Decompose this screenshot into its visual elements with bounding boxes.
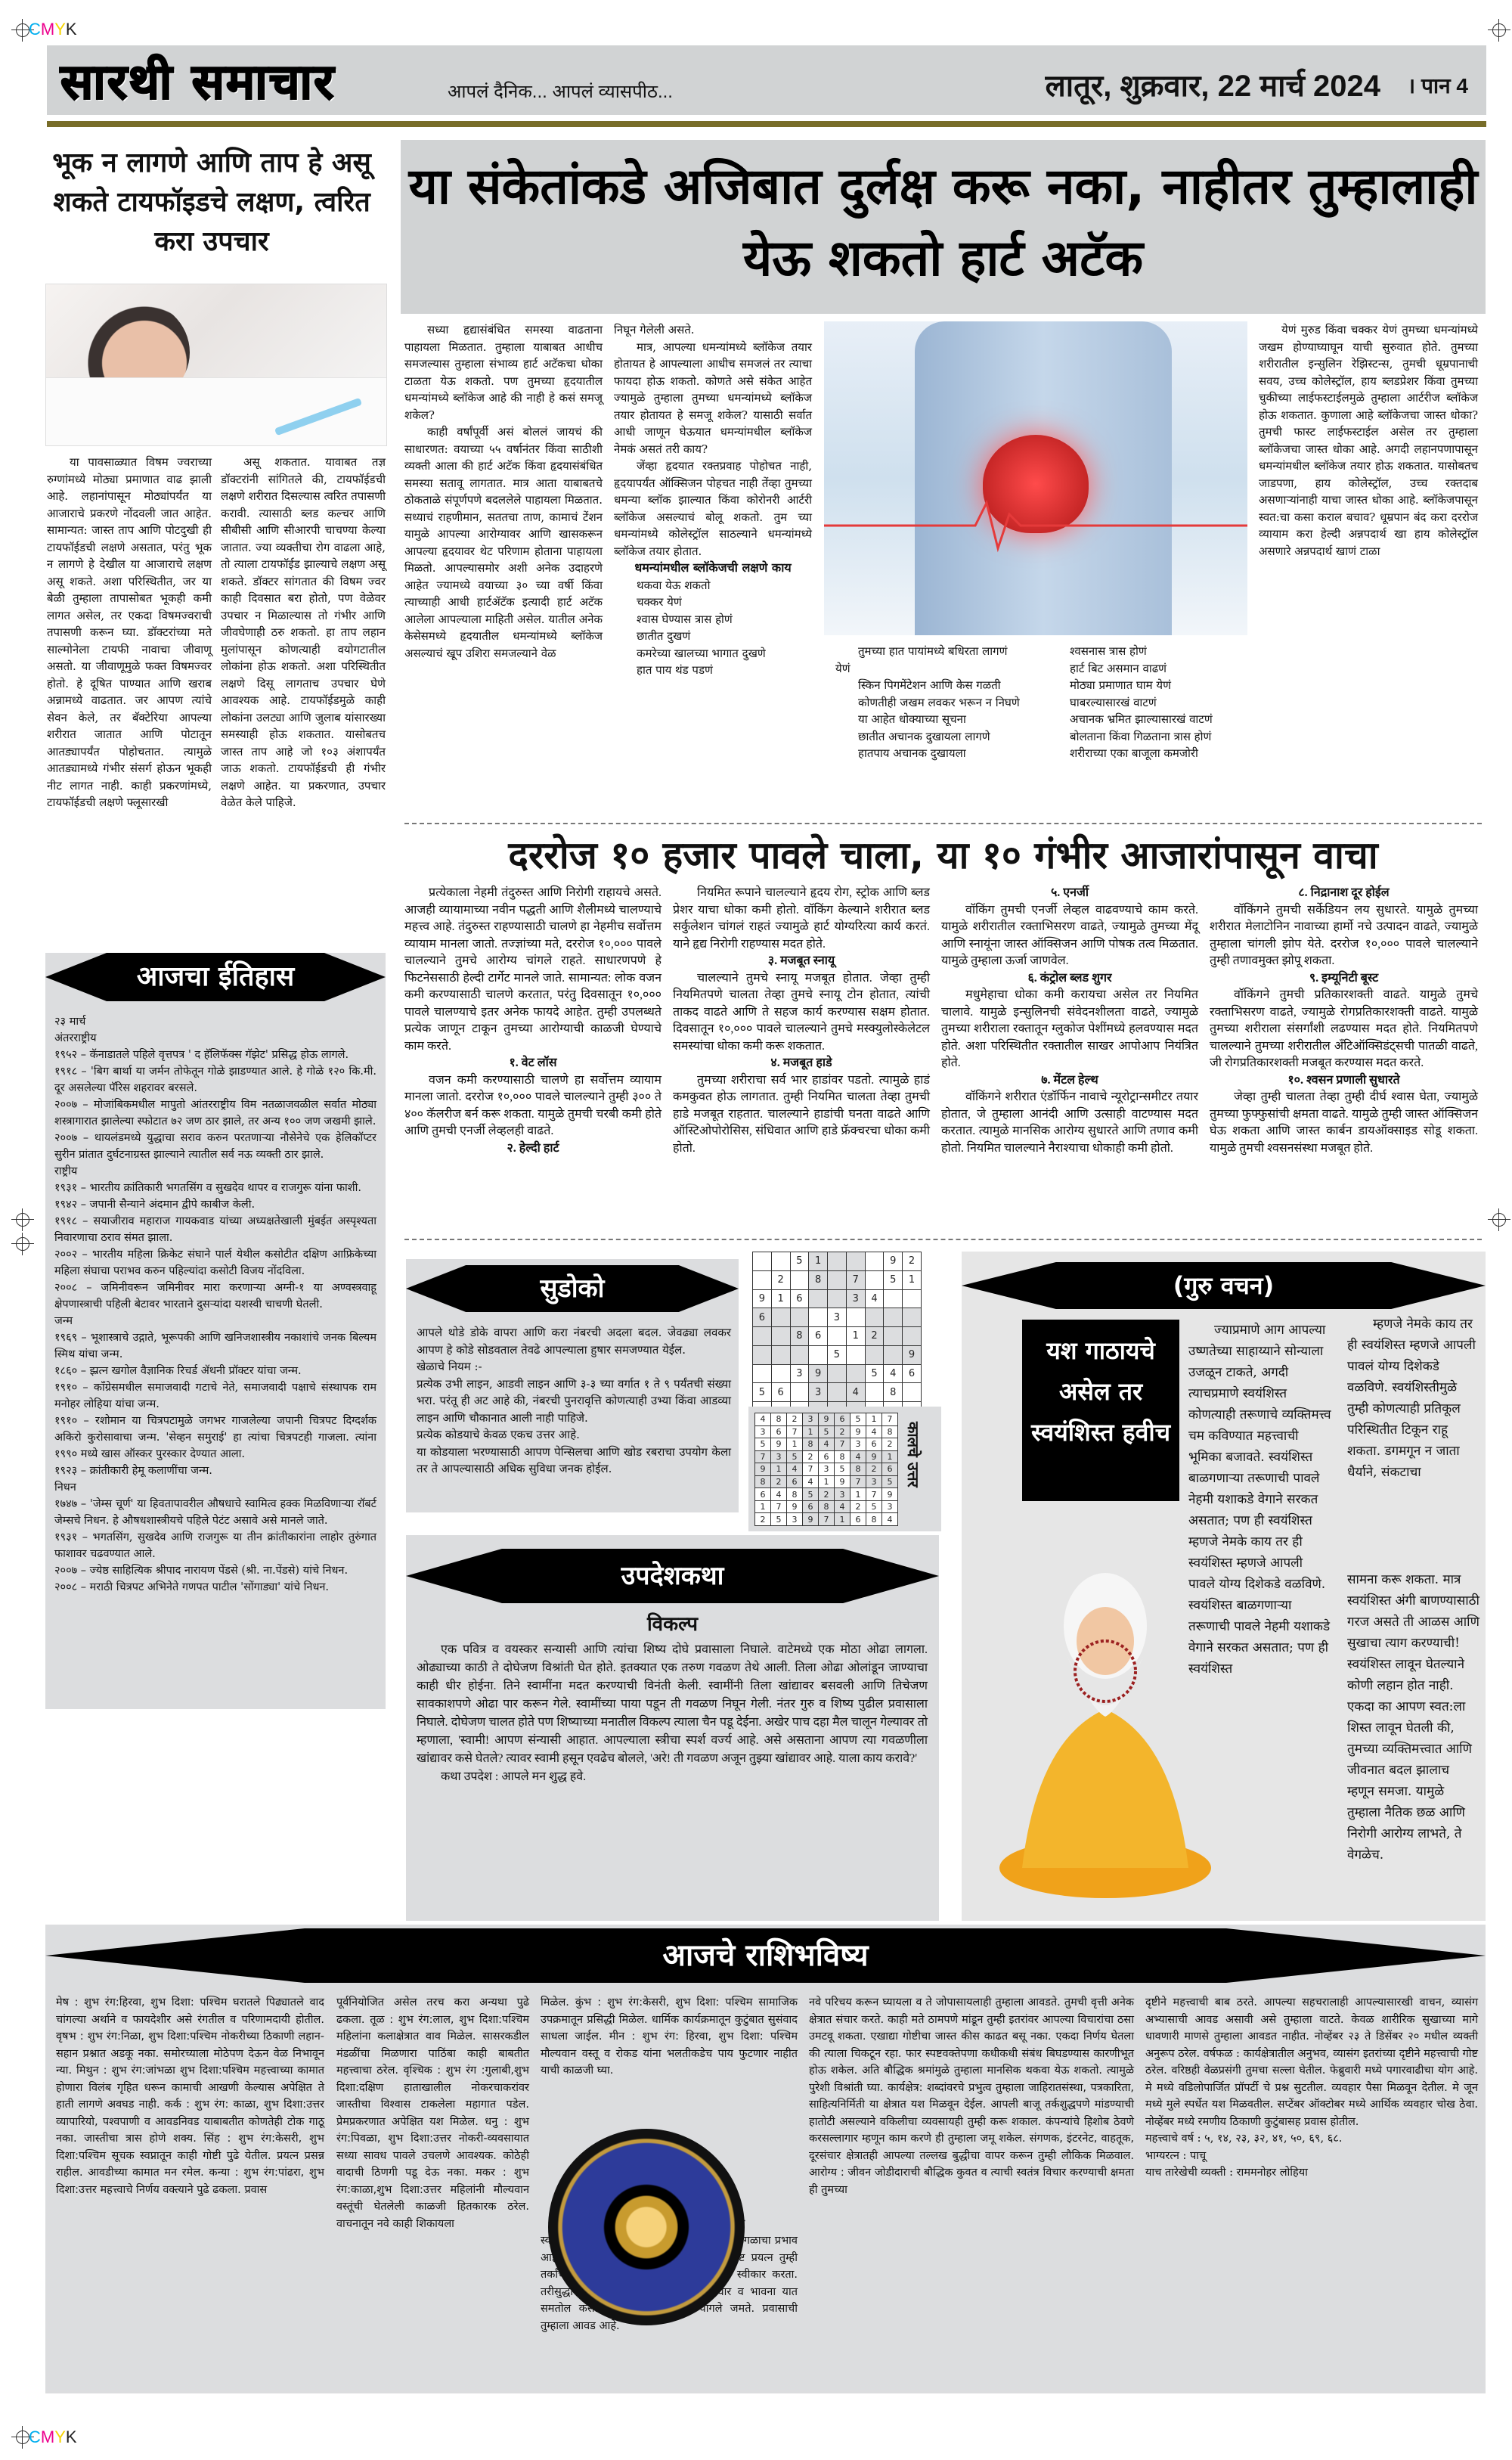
sudoku-cell: 1 xyxy=(835,1513,850,1526)
sudoku-cell: 6 xyxy=(819,1450,835,1463)
upadesh-box: उपदेशकथा विकल्प एक पवित्र व वयस्कर सन्या… xyxy=(406,1535,939,1921)
heart-col-1: सध्या हृद्यासंबंधित समस्या वाढताना पाहाय… xyxy=(404,321,603,662)
sudoku-cell: 1 xyxy=(882,1450,898,1463)
sudoku-cell: 2 xyxy=(866,1463,882,1476)
typhoid-col-2: असू शकतात. यावाबत तज्ञ डॉक्टरांनी सांगित… xyxy=(221,454,386,811)
sudoku-cell: 5 xyxy=(787,1450,803,1463)
sudoku-cell: 1 xyxy=(787,1438,803,1451)
sudoku-cell: 6 xyxy=(866,1438,882,1451)
sudoku-cell: 3 xyxy=(787,1513,803,1526)
sudoku-cell: 9 xyxy=(753,1289,772,1308)
sudoku-cell: 3 xyxy=(771,1450,787,1463)
sudoku-cell xyxy=(771,1327,790,1346)
registration-mark-icon xyxy=(11,1233,34,1255)
sudoku-cell xyxy=(903,1383,922,1402)
sudoku-cell xyxy=(828,1327,847,1346)
sudoku-cell: 6 xyxy=(771,1425,787,1438)
answer-label: कालचे उत्तर xyxy=(903,1422,924,1487)
sudoku-cell: 5 xyxy=(771,1513,787,1526)
sudoku-cell: 5 xyxy=(819,1425,835,1438)
sage-illustration xyxy=(992,1512,1219,1906)
sudoku-cell: 2 xyxy=(755,1513,771,1526)
sudoku-cell: 9 xyxy=(835,1475,850,1488)
sudoku-cell: 9 xyxy=(850,1425,866,1438)
sudoku-cell: 3 xyxy=(803,1413,819,1426)
sudoku-cell: 2 xyxy=(865,1327,884,1346)
history-box: आजचा ईतिहास २३ मार्चअंतरराष्ट्रीय१९५२ – … xyxy=(45,953,386,1709)
horoscope-col-5: दृष्टीने महत्त्वाची बाब ठरते. आपल्या सहच… xyxy=(1145,1994,1478,2182)
sudoku-cell xyxy=(809,1345,828,1364)
sudoku-cell: 1 xyxy=(771,1463,787,1476)
sudoku-cell: 1 xyxy=(771,1289,790,1308)
sudoku-cell: 6 xyxy=(835,1413,850,1426)
sudoku-cell: 9 xyxy=(866,1450,882,1463)
sudoku-cell: 4 xyxy=(787,1463,803,1476)
sudoku-cell: 9 xyxy=(819,1413,835,1426)
sudoku-cell: 5 xyxy=(835,1463,850,1476)
sudoku-cell: 8 xyxy=(882,1425,898,1438)
sudoku-cell xyxy=(903,1289,922,1308)
sudoku-cell: 5 xyxy=(865,1364,884,1383)
sudoku-cell: 6 xyxy=(903,1364,922,1383)
walking-col-4: ८. निद्रानाश दूर होईलवॉकिंगने तुमची सर्क… xyxy=(1210,885,1478,1157)
horoscope-banner: आजचे राशिभविष्य xyxy=(45,1928,1486,1983)
sudoku-cell: 2 xyxy=(903,1252,922,1271)
sudoku-cell: 6 xyxy=(787,1475,803,1488)
sudoku-cell xyxy=(884,1289,903,1308)
sudoku-cell: 8 xyxy=(771,1413,787,1426)
horoscope-box: आजचे राशिभविष्य मेष : शुभ रंग:हिरवा, शुभ… xyxy=(45,1925,1486,2393)
sudoku-cell xyxy=(790,1270,809,1289)
sudoku-cell: 8 xyxy=(790,1327,809,1346)
sudoku-cell: 2 xyxy=(819,1488,835,1501)
sudoku-cell: 2 xyxy=(771,1475,787,1488)
sudoku-cell: 5 xyxy=(828,1345,847,1364)
sudoku-cell xyxy=(753,1270,772,1289)
sudoku-cell xyxy=(884,1308,903,1327)
sudoku-cell: 8 xyxy=(819,1500,835,1513)
sudoku-cell: 1 xyxy=(809,1252,828,1271)
sudoku-cell: 3 xyxy=(846,1289,865,1308)
sudoku-cell: 7 xyxy=(882,1413,898,1426)
sudoku-cell: 1 xyxy=(846,1327,865,1346)
typhoid-photo xyxy=(45,284,387,446)
sudoku-cell xyxy=(790,1383,809,1402)
walking-headline: दररोज १० हजार पावले चाला, या १० गंभीर आज… xyxy=(401,828,1486,879)
sudoku-cell: 3 xyxy=(809,1383,828,1402)
divider xyxy=(404,823,1482,824)
guru-quote: यश गाठायचे असेल तर स्वयंशिस्त हवीच xyxy=(1022,1320,1179,1501)
sudoku-cell: 5 xyxy=(803,1488,819,1501)
sudoku-cell xyxy=(865,1308,884,1327)
sudoku-cell xyxy=(771,1308,790,1327)
history-banner: आजचा ईतिहास xyxy=(45,953,386,1001)
sudoku-cell: 9 xyxy=(755,1463,771,1476)
walking-col-1: प्रत्येकाला नेहमी तंदुरुस्त आणि निरोगी र… xyxy=(404,885,661,1157)
sudoku-banner: सुडोको xyxy=(406,1265,739,1312)
sudoku-answer-box: 4823965173671529485918473627352684919147… xyxy=(748,1407,941,1531)
page-number: । पान 4 xyxy=(1408,71,1468,100)
sudoku-cell xyxy=(846,1308,865,1327)
sudoku-cell xyxy=(903,1308,922,1327)
sudoku-cell xyxy=(865,1252,884,1271)
sudoku-cell: 5 xyxy=(850,1413,866,1426)
sudoku-cell: 3 xyxy=(819,1463,835,1476)
walking-col-2: नियमित रूपाने चालल्याने हृदय रोग, स्ट्रो… xyxy=(673,885,930,1157)
sudoku-cell: 8 xyxy=(755,1475,771,1488)
registration-mark-icon xyxy=(11,1208,34,1231)
sudoku-cell xyxy=(865,1270,884,1289)
sudoku-cell: 2 xyxy=(882,1438,898,1451)
sudoku-cell: 6 xyxy=(755,1488,771,1501)
sudoku-cell xyxy=(771,1364,790,1383)
guru-box: (गुरु वचन) यश गाठायचे असेल तर स्वयंशिस्त… xyxy=(962,1252,1486,1921)
sudoku-cell: 3 xyxy=(866,1475,882,1488)
dateline: लातूर, शुक्रवार, 22 मार्च 2024 xyxy=(1046,64,1380,105)
sudoku-cell: 4 xyxy=(771,1488,787,1501)
sudoku-cell: 6 xyxy=(803,1500,819,1513)
story-text: एक पवित्र व वयस्कर सन्यासी आणि त्यांचा श… xyxy=(417,1641,928,1786)
sudoku-cell: 1 xyxy=(803,1425,819,1438)
sudoku-cell: 1 xyxy=(755,1500,771,1513)
heart-col-2: निघून गेलेली असते.मात्र, आपल्या धमन्यांम… xyxy=(614,321,812,679)
sudoku-cell xyxy=(828,1270,847,1289)
sudoku-cell: 4 xyxy=(819,1438,835,1451)
sudoku-cell xyxy=(828,1252,847,1271)
sudoku-cell xyxy=(790,1308,809,1327)
sudoku-cell: 7 xyxy=(819,1513,835,1526)
guru-banner: (गुरु वचन) xyxy=(962,1262,1486,1309)
sudoku-cell: 8 xyxy=(803,1438,819,1451)
sudoku-cell: 2 xyxy=(835,1425,850,1438)
sudoku-cell xyxy=(846,1364,865,1383)
sudoku-box: सुडोको आपले थोडे डोके वापरा आणि करा नंबर… xyxy=(406,1259,739,1512)
heart-headline: या संकेतांकडे अजिबात दुर्लक्ष करू नका, न… xyxy=(401,140,1486,314)
sudoku-cell: 3 xyxy=(882,1500,898,1513)
registration-mark-icon xyxy=(1488,1208,1510,1231)
sudoku-cell xyxy=(903,1327,922,1346)
history-list: २३ मार्चअंतरराष्ट्रीय१९५२ – कॅनाडातले पह… xyxy=(54,1013,376,1596)
sudoku-cell: 9 xyxy=(771,1438,787,1451)
typhoid-col-1: या पावसाळ्यात विषम ज्वराच्या रुग्णांमध्य… xyxy=(47,454,212,811)
sudoku-cell: 7 xyxy=(850,1475,866,1488)
sudoku-cell: 9 xyxy=(903,1345,922,1364)
guru-col-3: सामना करू शकता. मात्र स्वयंशिस्त अंगी बा… xyxy=(1347,1569,1479,1866)
sudoku-cell xyxy=(865,1383,884,1402)
sudoku-cell: 3 xyxy=(755,1425,771,1438)
tagline: आपलं दैनिक... आपलं व्यासपीठ... xyxy=(448,79,673,104)
sudoku-cell: 6 xyxy=(850,1513,866,1526)
sudoku-cell: 9 xyxy=(884,1252,903,1271)
sudoku-cell: 1 xyxy=(866,1413,882,1426)
sudoku-cell: 3 xyxy=(850,1438,866,1451)
sudoku-cell: 9 xyxy=(803,1513,819,1526)
sudoku-cell xyxy=(828,1383,847,1402)
sudoku-cell: 6 xyxy=(753,1308,772,1327)
sudoku-cell xyxy=(865,1345,884,1364)
sudoku-cell: 7 xyxy=(835,1438,850,1451)
sudoku-cell xyxy=(846,1345,865,1364)
sudoku-cell: 9 xyxy=(787,1500,803,1513)
warning-list-1: तुमच्या हात पायांमध्ये बधिरता लागणंयेणंस… xyxy=(835,643,1032,762)
sudoku-cell: 4 xyxy=(846,1383,865,1402)
sudoku-cell: 5 xyxy=(753,1383,772,1402)
sudoku-cell: 8 xyxy=(835,1450,850,1463)
sudoku-cell: 6 xyxy=(790,1289,809,1308)
sudoku-cell xyxy=(884,1327,903,1346)
sudoku-cell xyxy=(771,1345,790,1364)
sudoku-cell: 7 xyxy=(866,1488,882,1501)
sudoku-cell: 5 xyxy=(755,1438,771,1451)
masthead-rule xyxy=(47,121,1486,127)
newspaper-title: सारथी समाचार xyxy=(60,47,335,113)
sudoku-cell xyxy=(809,1308,828,1327)
sudoku-cell: 5 xyxy=(884,1270,903,1289)
sudoku-cell: 8 xyxy=(850,1463,866,1476)
upadesh-banner: उपदेशकथा xyxy=(406,1549,939,1603)
sudoku-cell: 7 xyxy=(846,1270,865,1289)
horoscope-col-2: पूर्वनियोजित असेल तरच करा अन्यथा पुढे ढक… xyxy=(336,1994,529,2232)
sudoku-cell xyxy=(771,1252,790,1271)
sudoku-cell: 8 xyxy=(787,1488,803,1501)
sudoku-cell: 5 xyxy=(866,1500,882,1513)
sudoku-cell xyxy=(809,1289,828,1308)
sudoku-cell: 4 xyxy=(835,1500,850,1513)
registration-mark-icon xyxy=(1488,19,1510,42)
sudoku-cell xyxy=(753,1252,772,1271)
cmyk-label: CMYK xyxy=(29,2427,77,2447)
sudoku-cell xyxy=(828,1364,847,1383)
horoscope-col-4: नवे परिचय करून घ्यायला व ते जोपासायलाही … xyxy=(809,1994,1134,2198)
masthead: सारथी समाचार आपलं दैनिक... आपलं व्यासपीठ… xyxy=(47,45,1486,115)
sudoku-cell: 9 xyxy=(809,1364,828,1383)
sudoku-cell: 2 xyxy=(787,1413,803,1426)
sudoku-cell: 2 xyxy=(803,1450,819,1463)
sudoku-cell: 6 xyxy=(771,1383,790,1402)
cmyk-label: CMYK xyxy=(29,20,77,39)
sudoku-cell: 3 xyxy=(828,1308,847,1327)
sudoku-cell: 4 xyxy=(884,1364,903,1383)
sudoku-cell: 7 xyxy=(803,1463,819,1476)
zodiac-wheel-icon xyxy=(548,2129,745,2325)
sudoku-cell: 4 xyxy=(882,1513,898,1526)
story-title: विकल्प xyxy=(406,1609,939,1636)
divider xyxy=(404,1239,1482,1240)
warning-list-2: श्वसनास त्रास होणंहार्ट बिट असमान वाढणंम… xyxy=(1047,643,1244,762)
sudoku-cell: 6 xyxy=(882,1463,898,1476)
sudoku-cell: 7 xyxy=(787,1425,803,1438)
sudoku-cell xyxy=(753,1364,772,1383)
sudoku-cell: 7 xyxy=(755,1450,771,1463)
sudoku-cell: 4 xyxy=(850,1450,866,1463)
sudoku-cell: 4 xyxy=(865,1289,884,1308)
typhoid-headline: भूक न लागणे आणि ताप हे असू शकते टायफॉइडच… xyxy=(45,144,378,262)
sudoku-cell: 4 xyxy=(866,1425,882,1438)
sudoku-cell xyxy=(753,1327,772,1346)
heart-col-right: येणं मुरुड किंवा चक्कर येणं तुमच्या धमन्… xyxy=(1259,321,1478,560)
sudoku-cell: 5 xyxy=(882,1475,898,1488)
sudoku-cell: 8 xyxy=(809,1270,828,1289)
sudoku-rules: आपले थोडे डोके वापरा आणि करा नंबरची अदला… xyxy=(417,1324,731,1478)
sudoku-cell: 9 xyxy=(882,1488,898,1501)
sudoku-cell: 4 xyxy=(755,1413,771,1426)
guru-col-2: म्हणजे नेमके काय तर ही स्वयंशिस्त म्हणजे… xyxy=(1347,1314,1479,1483)
heart-attack-photo xyxy=(824,321,1247,635)
sudoku-cell: 6 xyxy=(809,1327,828,1346)
sudoku-cell: 1 xyxy=(903,1270,922,1289)
sudoku-cell xyxy=(828,1289,847,1308)
sudoku-cell: 2 xyxy=(771,1270,790,1289)
sudoku-cell xyxy=(846,1252,865,1271)
sudoku-cell: 4 xyxy=(803,1475,819,1488)
sudoku-cell xyxy=(753,1345,772,1364)
sudoku-cell: 8 xyxy=(884,1383,903,1402)
sudoku-cell: 5 xyxy=(790,1252,809,1271)
sudoku-cell xyxy=(884,1345,903,1364)
sudoku-cell: 1 xyxy=(819,1475,835,1488)
walking-col-3: ५. एनर्जीवॉकिंग तुमची एनर्जी लेव्हल वाढव… xyxy=(941,885,1198,1157)
sudoku-cell: 3 xyxy=(790,1364,809,1383)
sudoku-cell: 1 xyxy=(850,1488,866,1501)
sudoku-cell: 7 xyxy=(771,1500,787,1513)
sudoku-cell xyxy=(790,1345,809,1364)
sudoku-cell: 3 xyxy=(835,1488,850,1501)
sudoku-cell: 2 xyxy=(850,1500,866,1513)
horoscope-col-1: मेष : शुभ रंग:हिरवा, शुभ दिशा: पश्चिम घर… xyxy=(56,1994,324,2198)
sudoku-cell: 8 xyxy=(866,1513,882,1526)
